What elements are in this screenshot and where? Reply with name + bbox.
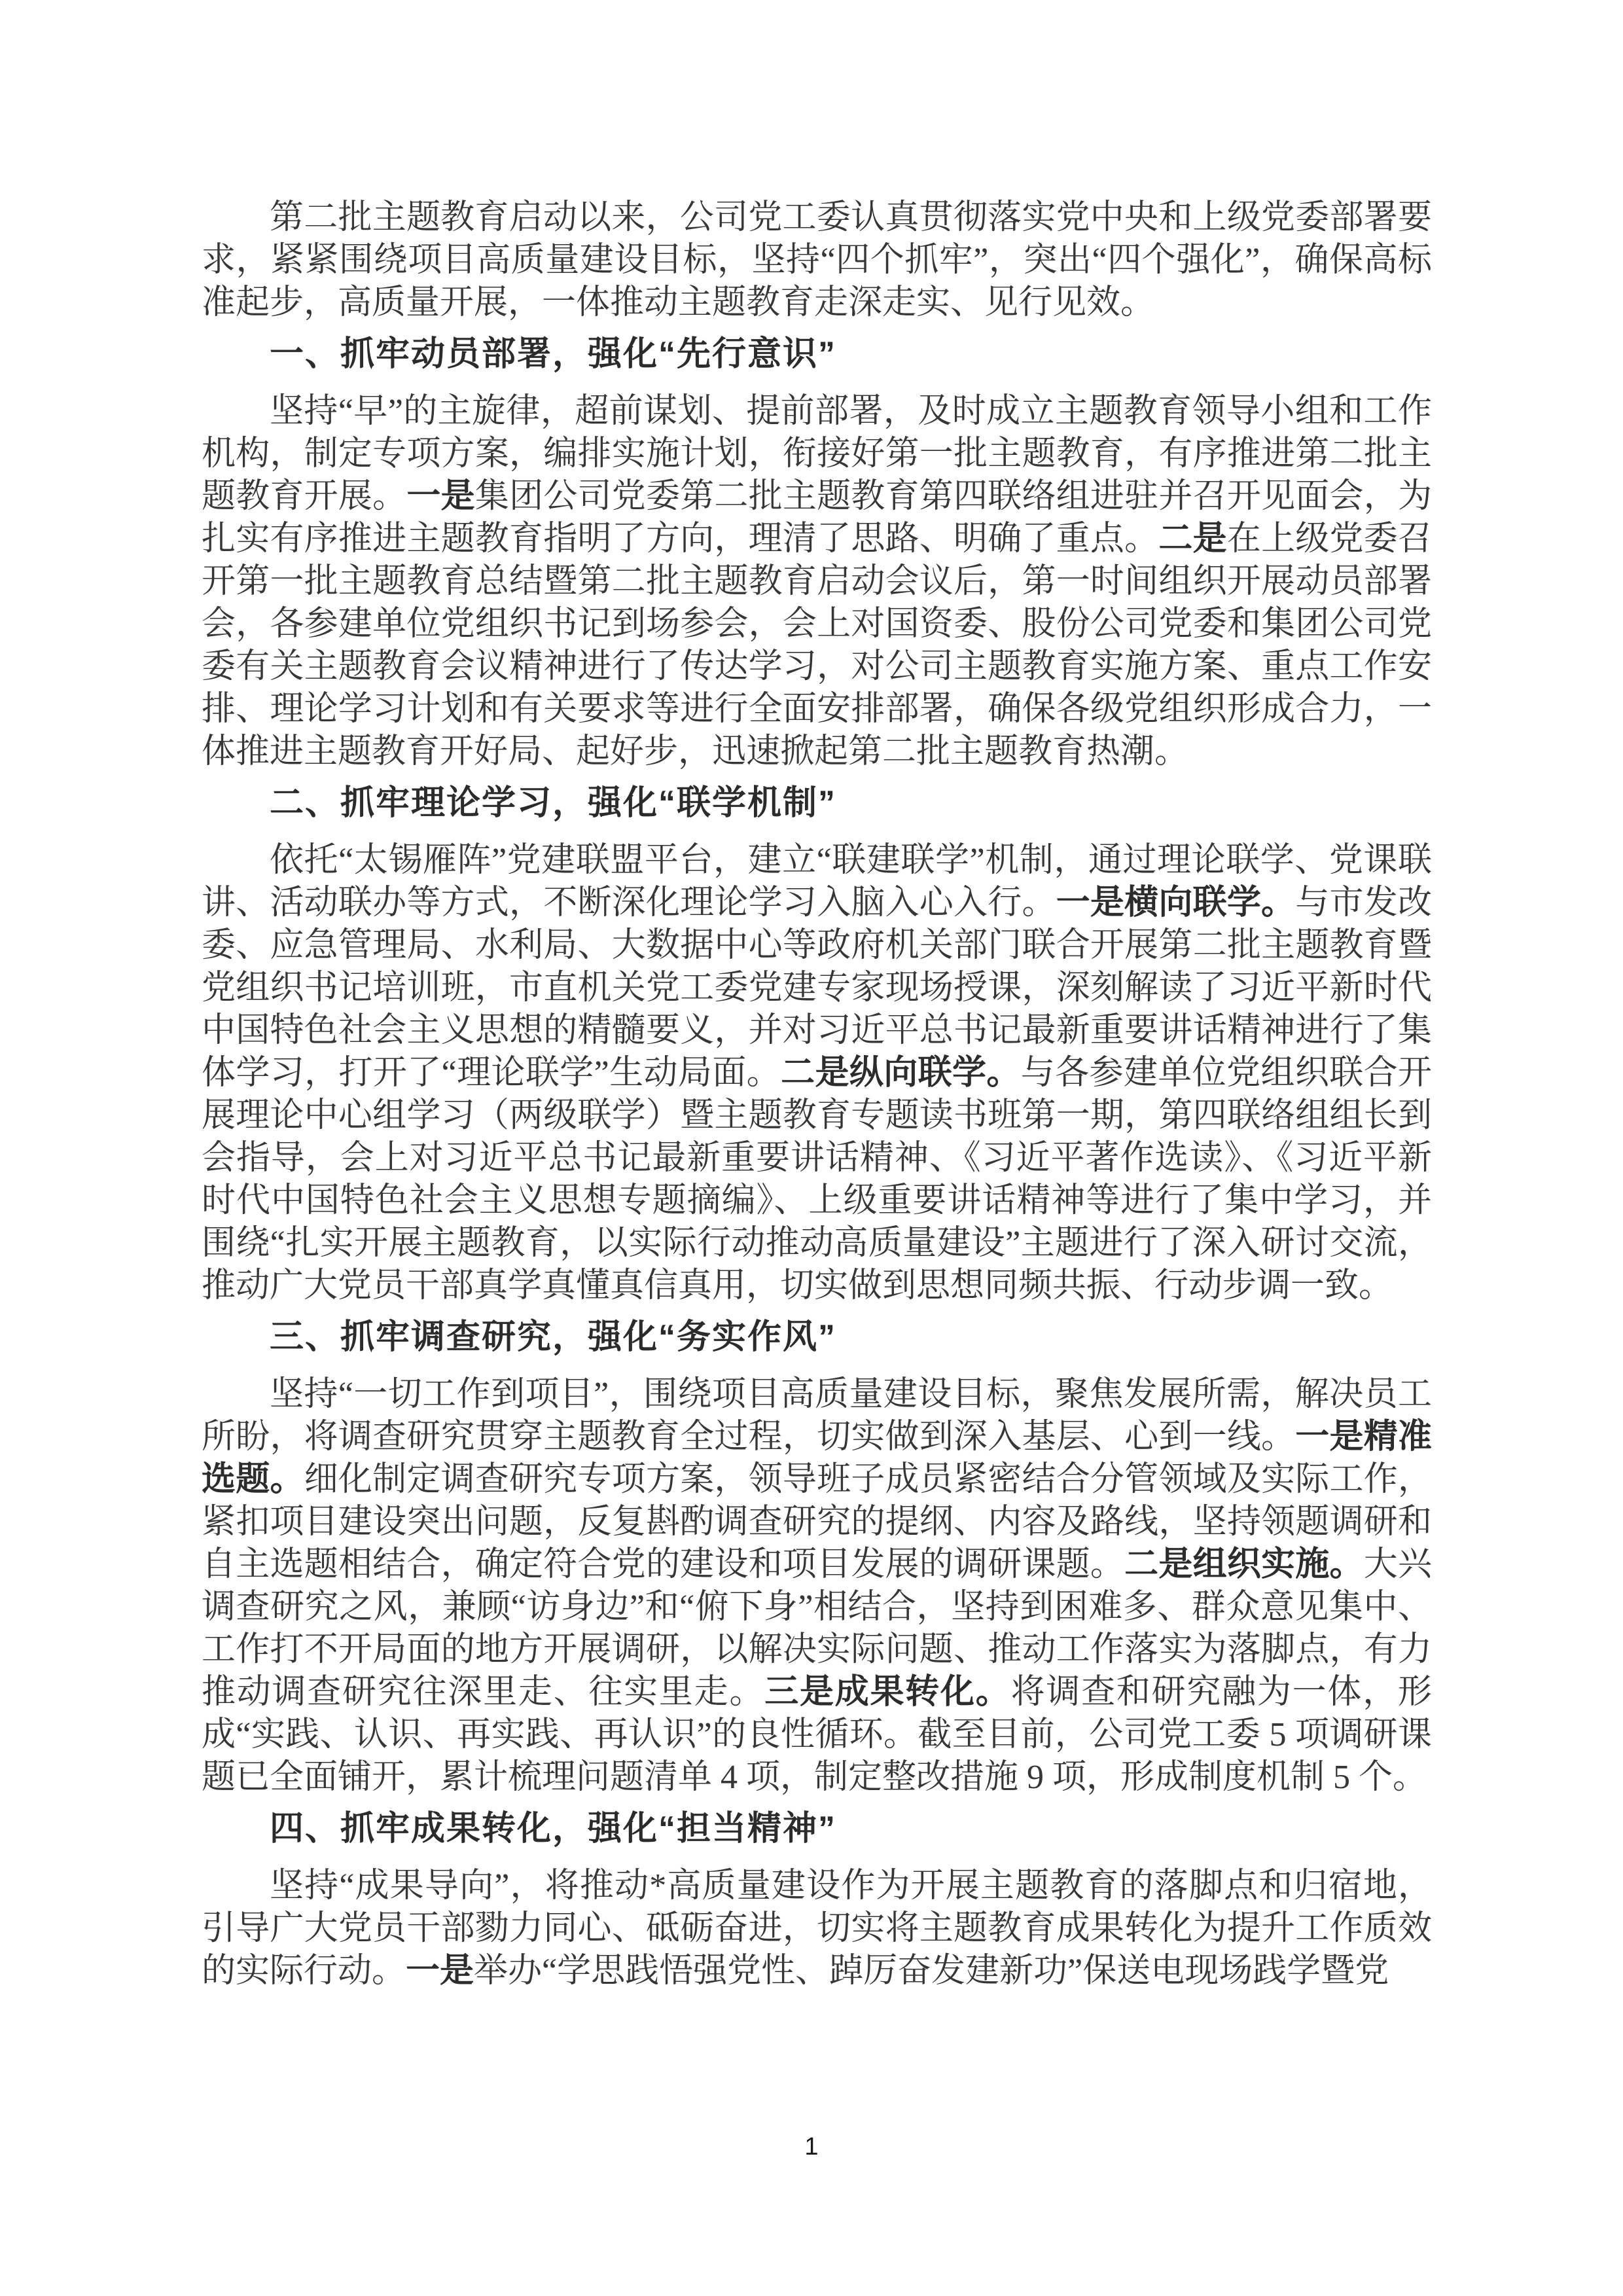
section-heading: 三、抓牢调查研究，强化“务实作风” [202,1316,1432,1359]
bold-run: 二是纵向联学。 [781,1054,1021,1092]
bold-run: 二是 [1158,520,1226,558]
bold-run: 一是 [406,1952,474,1990]
heading-text: 四、抓牢成果转化，强化“担当精神” [270,1810,836,1848]
section-heading: 一、抓牢动员部署，强化“先行意识” [202,333,1432,376]
bold-run: 一是横向联学。 [1056,884,1296,922]
text-run: 坚持“一切工作到项目”，围绕项目高质量建设目标，聚焦发展所需，解决员工所盼，将调… [202,1376,1432,1456]
paragraph: 坚持“一切工作到项目”，围绕项目高质量建设目标，聚焦发展所需，解决员工所盼，将调… [202,1373,1432,1799]
document-body: 第二批主题教育启动以来，公司党工委认真贯彻落实党中央和上级党委部署要求，紧紧围绕… [202,196,1432,1992]
bold-run: 二是组织实施。 [1124,1546,1364,1583]
bold-run: 三是成果转化。 [764,1674,1010,1711]
section-heading: 四、抓牢成果转化，强化“担当精神” [202,1808,1432,1850]
paragraph: 坚持“成果导向”，将推动*高质量建设作为开展主题教育的落脚点和归宿地，引导广大党… [202,1865,1432,1992]
text-run: 第二批主题教育启动以来，公司党工委认真贯彻落实党中央和上级党委部署要求，紧紧围绕… [202,199,1432,321]
heading-text: 二、抓牢理论学习，强化“联学机制” [270,784,836,822]
text-run: 举办“学思践悟强党性、踔厉奋发建新功”保送电现场践学暨党 [474,1952,1389,1990]
text-run: 与各参建单位党组织联合开展理论中心组学习（两级联学）暨主题教育专题读书班第一期，… [202,1054,1432,1304]
text-run: 在上级党委召开第一批主题教育总结暨第二批主题教育启动会议后，第一时间组织开展动员… [202,520,1432,770]
paragraph: 坚持“早”的主旋律，超前谋划、提前部署，及时成立主题教育领导小组和工作机构，制定… [202,390,1432,773]
heading-text: 一、抓牢动员部署，强化“先行意识” [270,335,836,373]
bold-run: 一是 [406,478,474,515]
heading-text: 三、抓牢调查研究，强化“务实作风” [270,1318,836,1356]
page-number: 1 [0,2132,1623,2161]
section-heading: 二、抓牢理论学习，强化“联学机制” [202,782,1432,825]
paragraph: 依托“太锡雁阵”党建联盟平台，建立“联建联学”机制，通过理论联学、党课联讲、活动… [202,839,1432,1307]
document-page: 第二批主题教育启动以来，公司党工委认真贯彻落实党中央和上级党委部署要求，紧紧围绕… [0,0,1623,2296]
paragraph: 第二批主题教育启动以来，公司党工委认真贯彻落实党中央和上级党委部署要求，紧紧围绕… [202,196,1432,324]
